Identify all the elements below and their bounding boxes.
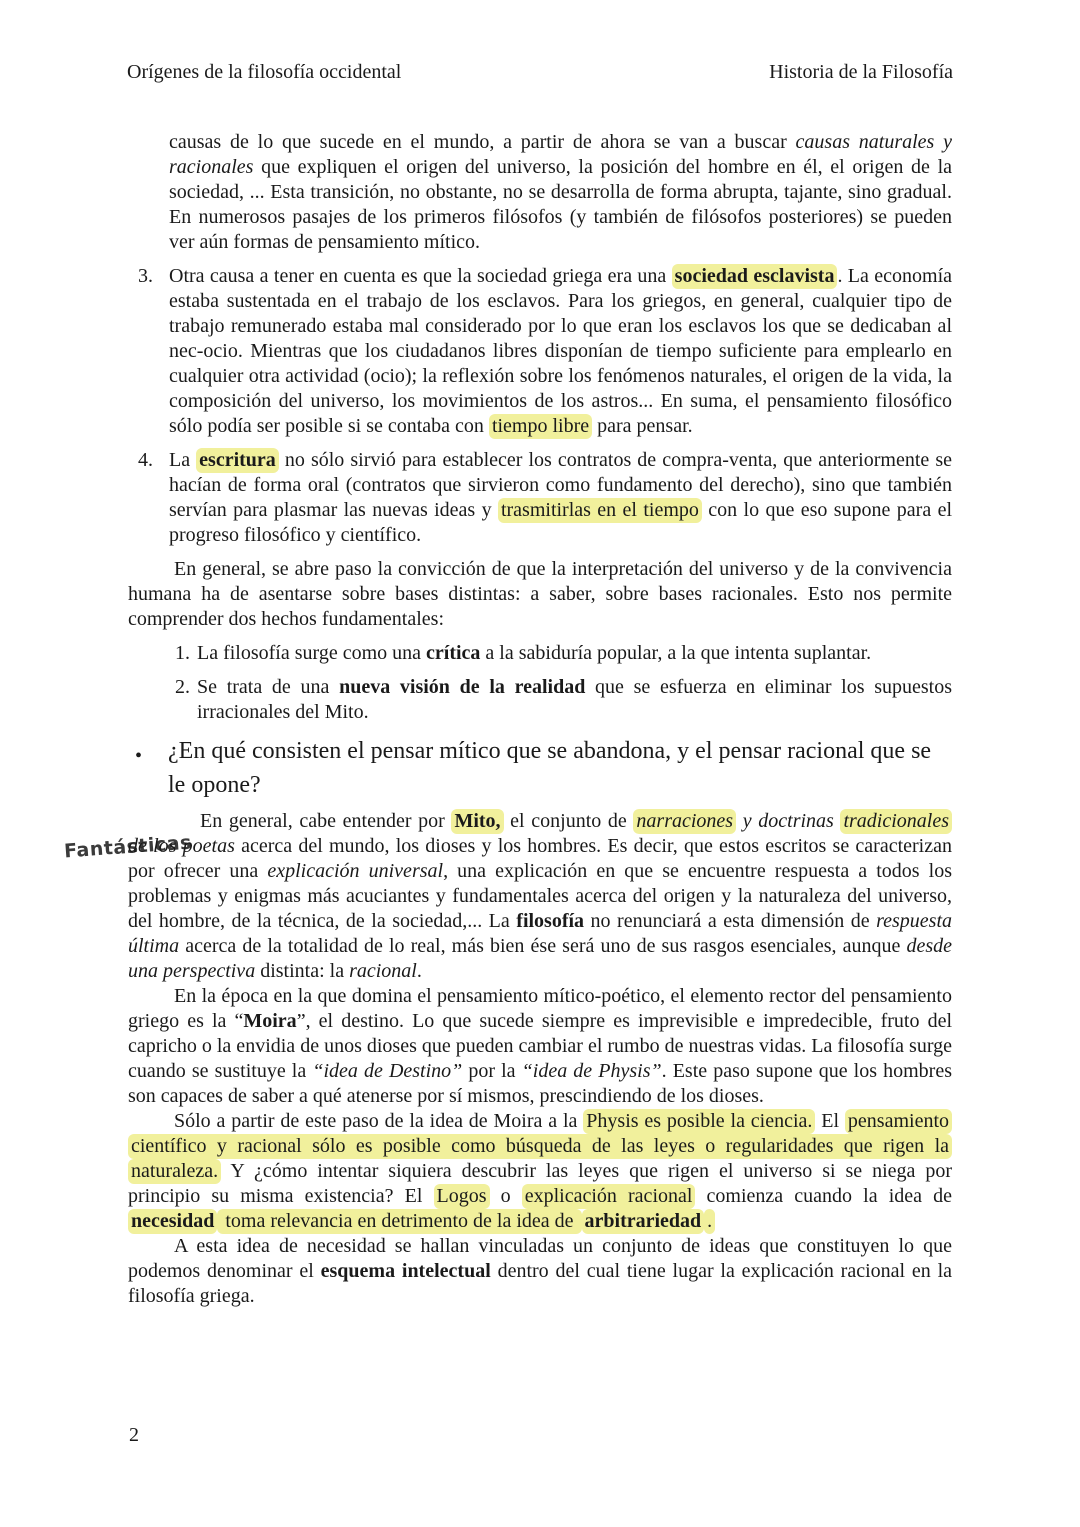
- list-marker: 3.: [138, 264, 153, 289]
- paragraph-esquema: A esta idea de necesidad se hallan vincu…: [128, 1234, 952, 1309]
- list-marker: 2.: [175, 675, 190, 700]
- text-run: . La economía estaba sustentada en el tr…: [169, 265, 952, 437]
- text-run: el conjunto de: [504, 810, 634, 832]
- bold-text: crítica: [426, 642, 480, 664]
- highlighted-text: explicación racional: [522, 1184, 696, 1209]
- list-item-3: 3.Otra causa a tener en cuenta es que la…: [128, 264, 952, 439]
- highlighted-text: tradicionales: [840, 809, 952, 834]
- text-run: a la sabiduría popular, a la que intenta…: [480, 642, 871, 664]
- highlighted-text: tiempo libre: [489, 414, 592, 439]
- text-run: para pensar.: [592, 415, 693, 437]
- text-run: que expliquen el origen del universo, la…: [169, 156, 952, 253]
- list-marker: •: [135, 739, 142, 773]
- paragraph-mito: En general, cabe entender por Mito, el c…: [128, 809, 952, 984]
- text-run: En general, cabe entender por: [200, 810, 451, 832]
- document-body: causas de lo que sucede en el mundo, a p…: [128, 130, 952, 1309]
- highlighted-text: escritura: [196, 448, 279, 473]
- text-run: La filosofía surge como una: [197, 642, 426, 664]
- text-run: Otra causa a tener en cuenta es que la s…: [169, 265, 672, 287]
- page-header: Orígenes de la filosofía occidental Hist…: [127, 60, 953, 84]
- page-number: 2: [129, 1424, 139, 1447]
- list-item-4: 4.La escritura no sólo sirvió para estab…: [128, 448, 952, 548]
- text-run: Sólo a partir de este paso de la idea de…: [174, 1110, 583, 1132]
- text-run: comienza cuando la idea de: [695, 1185, 952, 1207]
- italic-text: racional: [349, 960, 417, 982]
- bullet-question: •¿En qué consisten el pensar mítico que …: [128, 734, 952, 802]
- highlighted-text: Physis es posible la ciencia.: [583, 1109, 815, 1134]
- highlighted-text: sociedad esclavista: [672, 264, 838, 289]
- italic-text: de los poetas: [128, 835, 235, 857]
- text-run: Se trata de una: [197, 676, 339, 698]
- highlighted-text: arbitrariedad: [582, 1209, 705, 1234]
- document-page: Orígenes de la filosofía occidental Hist…: [0, 0, 1080, 1527]
- highlighted-text: trasmitirlas en el tiempo: [498, 498, 702, 523]
- highlighted-text: narraciones: [633, 809, 736, 834]
- list-marker: 4.: [138, 448, 153, 473]
- text-run: o: [490, 1185, 522, 1207]
- text-run: acerca de la totalidad de lo real, más b…: [179, 935, 906, 957]
- paragraph-moira: En la época en la que domina el pensamie…: [128, 984, 952, 1109]
- highlighted-text: necesidad: [128, 1209, 217, 1234]
- header-right-title: Historia de la Filosofía: [769, 60, 953, 84]
- text-run: por la: [462, 1060, 521, 1082]
- text-run: En general, se abre paso la convicción d…: [128, 558, 952, 630]
- bold-text: Moira: [243, 1010, 296, 1032]
- sublist-item-1: 1.La filosofía surge como una crítica a …: [128, 641, 952, 666]
- paragraph-physis: Sólo a partir de este paso de la idea de…: [128, 1109, 952, 1234]
- italic-text: y doctrinas: [736, 810, 840, 832]
- list-marker: 1.: [175, 641, 190, 666]
- italic-text: “idea de Physis”: [522, 1060, 662, 1082]
- highlighted-text: Mito,: [451, 809, 503, 834]
- text-run: El: [815, 1110, 844, 1132]
- paragraph-general: En general, se abre paso la convicción d…: [128, 557, 952, 632]
- bold-text: filosofía: [516, 910, 584, 932]
- bold-text: nueva visión de la realidad: [339, 676, 585, 698]
- bold-text: esquema intelectual: [321, 1260, 491, 1282]
- text-run: causas de lo que sucede en el mundo, a p…: [169, 131, 796, 153]
- paragraph-continuation: causas de lo que sucede en el mundo, a p…: [169, 130, 952, 255]
- header-left-title: Orígenes de la filosofía occidental: [127, 60, 401, 84]
- text-run: La: [169, 449, 196, 471]
- highlighted-text: .: [704, 1209, 715, 1234]
- text-run: distinta: la: [255, 960, 349, 982]
- sublist-item-2: 2.Se trata de una nueva visión de la rea…: [128, 675, 952, 725]
- italic-text: explicación universal: [267, 860, 443, 882]
- text-run: no renunciará a esta dimensión de: [584, 910, 876, 932]
- text-run: .: [417, 960, 422, 982]
- highlighted-text: Logos: [434, 1184, 490, 1209]
- text-run: ¿En qué consisten el pensar mítico que s…: [168, 738, 931, 798]
- highlighted-text: toma relevancia en detrimento de la idea…: [217, 1209, 581, 1234]
- italic-text: “idea de Destino”: [312, 1060, 462, 1082]
